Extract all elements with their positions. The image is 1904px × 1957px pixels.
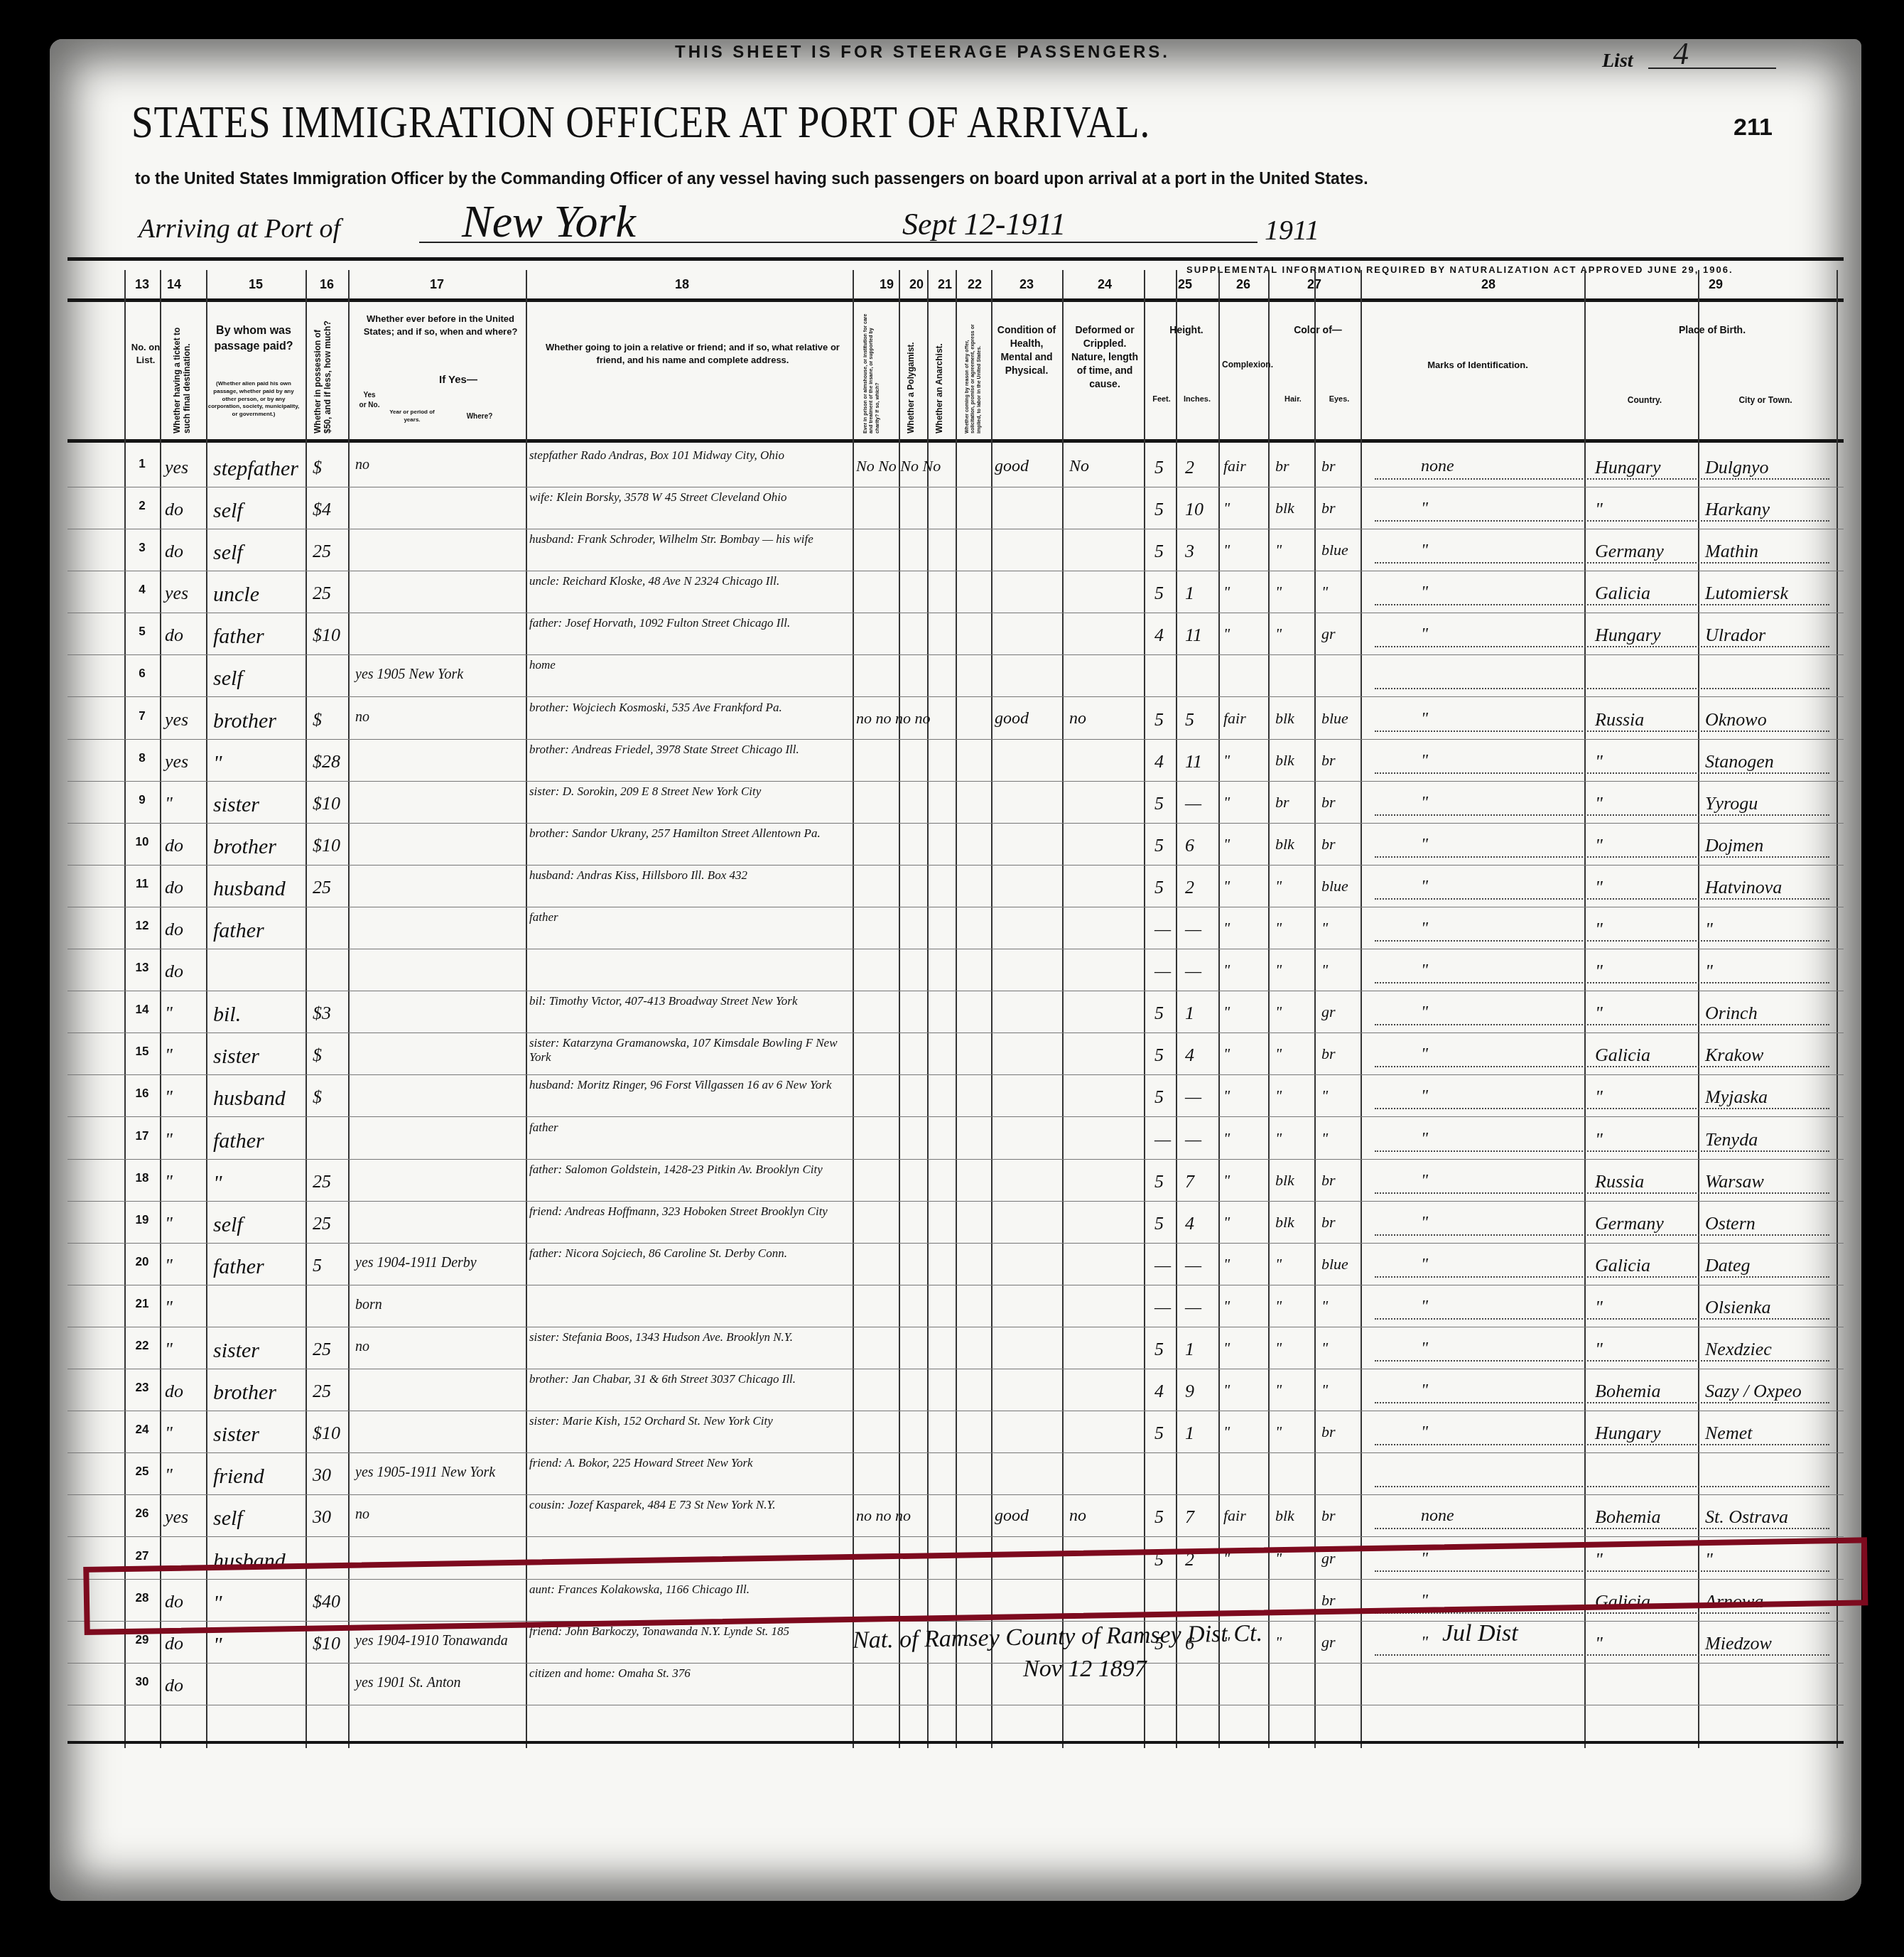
cell-health: good bbox=[995, 709, 1029, 728]
cell-inches: 7 bbox=[1185, 1506, 1194, 1528]
cell-hair: " bbox=[1275, 625, 1282, 643]
cell-marks: " bbox=[1421, 1087, 1428, 1106]
column-divider bbox=[206, 270, 207, 1748]
cell-paid: stepfather bbox=[213, 457, 298, 481]
page-subtitle: to the United States Immigration Officer… bbox=[135, 169, 1368, 188]
dotted-guide bbox=[1375, 1402, 1829, 1403]
cell-feet: 5 bbox=[1154, 709, 1164, 730]
cell-money: 25 bbox=[313, 541, 331, 562]
column-divider bbox=[348, 270, 350, 1748]
header-feet: Feet. bbox=[1147, 394, 1176, 405]
header-fifty-dollars: Whether in possession of $50, and if les… bbox=[313, 313, 333, 433]
cell-country: " bbox=[1595, 1297, 1603, 1318]
cell-country: Bohemia bbox=[1595, 1506, 1660, 1528]
cell-paid: self bbox=[213, 541, 243, 565]
cell-inches: 1 bbox=[1185, 1339, 1194, 1360]
cell-inches: — bbox=[1185, 1297, 1201, 1318]
cell-country: " bbox=[1595, 877, 1603, 898]
cell-complexion: " bbox=[1223, 835, 1230, 853]
cell-money: $ bbox=[313, 709, 322, 730]
list-number: 4 bbox=[1673, 36, 1689, 72]
cell-inches: 3 bbox=[1185, 541, 1194, 562]
cell-paid: father bbox=[213, 625, 264, 649]
cell-money: $10 bbox=[313, 793, 340, 814]
cell-marks: " bbox=[1421, 1045, 1428, 1064]
cell-city: " bbox=[1705, 919, 1713, 940]
row-number: 18 bbox=[136, 1171, 149, 1185]
column-number: 15 bbox=[249, 277, 263, 292]
arrival-date: Sept 12-1911 bbox=[902, 206, 1066, 242]
row-rule bbox=[67, 1494, 1844, 1495]
dotted-guide bbox=[1375, 1486, 1829, 1487]
column-divider bbox=[1698, 270, 1699, 1748]
row-rule bbox=[67, 1452, 1844, 1453]
cell-city: St. Ostrava bbox=[1705, 1506, 1788, 1528]
column-number: 29 bbox=[1709, 277, 1723, 292]
cell-hair: blk bbox=[1275, 1213, 1294, 1231]
row-rule bbox=[67, 1243, 1844, 1244]
header-ticket: Whether having a ticket to such final de… bbox=[172, 313, 193, 433]
cell-city: Ostern bbox=[1705, 1213, 1756, 1234]
cell-marks: " bbox=[1421, 1171, 1428, 1190]
cell-money: 25 bbox=[313, 1171, 331, 1192]
cell-city: Krakow bbox=[1705, 1045, 1763, 1066]
list-label: List bbox=[1602, 50, 1633, 72]
cell-complexion: " bbox=[1223, 1381, 1230, 1399]
cell-hair: " bbox=[1275, 961, 1282, 979]
header-yes-or-no: Yes or No. bbox=[359, 391, 380, 410]
cell-city: Ulrador bbox=[1705, 625, 1765, 646]
cell-ticket: do bbox=[165, 625, 183, 646]
header-if-yes: If Yes— bbox=[398, 373, 519, 387]
cell-before: yes 1905-1911 New York bbox=[355, 1465, 495, 1481]
cell-country: Galicia bbox=[1595, 1045, 1650, 1066]
row-number: 9 bbox=[139, 793, 145, 807]
cell-relative: bil: Timothy Victor, 407-413 Broadway St… bbox=[529, 994, 845, 1008]
cell-money: $10 bbox=[313, 1423, 340, 1444]
header-country: Country. bbox=[1591, 394, 1698, 406]
dotted-guide bbox=[1375, 1444, 1829, 1445]
cell-relative: sister: Katarzyna Gramanowska, 107 Kimsd… bbox=[529, 1036, 845, 1065]
row-rule bbox=[67, 1411, 1844, 1411]
header-health: Condition of Health, Mental and Physical… bbox=[995, 323, 1059, 377]
cell-eyes: br bbox=[1321, 1171, 1336, 1190]
cell-hair: " bbox=[1275, 583, 1282, 601]
cell-paid: self bbox=[213, 667, 243, 691]
cell-relative: sister: Marie Kish, 152 Orchard St. New … bbox=[529, 1414, 845, 1428]
cell-hair: " bbox=[1275, 1045, 1282, 1063]
cell-country: " bbox=[1595, 1003, 1603, 1024]
cell-eyes: br bbox=[1321, 1423, 1336, 1441]
row-number: 23 bbox=[136, 1381, 149, 1395]
cell-inches: — bbox=[1185, 793, 1201, 814]
cell-ticket: do bbox=[165, 1675, 183, 1696]
cell-feet: 5 bbox=[1154, 1171, 1164, 1192]
cell-hair: blk bbox=[1275, 835, 1294, 853]
cell-complexion: " bbox=[1223, 1045, 1230, 1063]
cell-c19_22: no no no no bbox=[856, 709, 931, 728]
steerage-banner: THIS SHEET IS FOR STEERAGE PASSENGERS. bbox=[675, 43, 1170, 63]
cell-inches: 1 bbox=[1185, 583, 1194, 604]
cell-inches: — bbox=[1185, 1129, 1201, 1150]
row-number: 11 bbox=[136, 877, 148, 891]
cell-country: " bbox=[1595, 751, 1603, 772]
row-rule bbox=[67, 529, 1844, 529]
cell-eyes: gr bbox=[1321, 1633, 1336, 1651]
cell-inches: 10 bbox=[1185, 499, 1203, 520]
list-underline bbox=[1648, 68, 1776, 69]
dotted-guide bbox=[1375, 1150, 1829, 1152]
cell-relative: friend: Andreas Hoffmann, 323 Hoboken St… bbox=[529, 1204, 845, 1219]
cell-eyes: blue bbox=[1321, 541, 1348, 559]
form-number: 211 bbox=[1733, 114, 1773, 141]
naturalization-tail: Jul Dist bbox=[1442, 1620, 1518, 1647]
dotted-guide bbox=[1375, 520, 1829, 522]
dotted-guide bbox=[1375, 604, 1829, 605]
printed-year: 1911 bbox=[1265, 213, 1319, 247]
cell-ticket: do bbox=[165, 1633, 183, 1654]
cell-money: 5 bbox=[313, 1255, 322, 1276]
header-complexion: Complexion. bbox=[1222, 359, 1265, 370]
dotted-guide bbox=[1375, 982, 1829, 983]
cell-relative: uncle: Reichard Kloske, 48 Ave N 2324 Ch… bbox=[529, 574, 845, 588]
column-number: 24 bbox=[1098, 277, 1112, 292]
cell-marks: " bbox=[1421, 835, 1428, 854]
cell-complexion: " bbox=[1223, 793, 1230, 812]
row-number: 15 bbox=[136, 1045, 149, 1059]
cell-complexion: " bbox=[1223, 877, 1230, 895]
cell-relative: brother: Andreas Friedel, 3978 State Str… bbox=[529, 743, 845, 757]
cell-money: $ bbox=[313, 1087, 322, 1108]
cell-relative: home bbox=[529, 658, 845, 672]
cell-marks: " bbox=[1421, 1003, 1428, 1022]
cell-relative: father: Josef Horvath, 1092 Fulton Stree… bbox=[529, 616, 845, 630]
row-number: 4 bbox=[139, 583, 145, 597]
cell-c19_22: No No No No bbox=[856, 457, 941, 475]
row-number: 20 bbox=[136, 1255, 149, 1269]
cell-eyes: blue bbox=[1321, 877, 1348, 895]
column-divider bbox=[1584, 270, 1586, 1748]
cell-marks: none bbox=[1421, 457, 1454, 476]
dotted-guide bbox=[1375, 1528, 1829, 1529]
header-passage-paid: By whom was passage paid? bbox=[207, 323, 300, 354]
dotted-guide bbox=[1375, 1234, 1829, 1236]
cell-marks: " bbox=[1421, 1633, 1428, 1652]
column-divider bbox=[124, 270, 126, 1748]
cell-health: good bbox=[995, 457, 1029, 476]
cell-relative: husband: Frank Schroder, Wilhelm Str. Bo… bbox=[529, 532, 845, 546]
cell-hair: blk bbox=[1275, 1506, 1294, 1525]
cell-inches: 1 bbox=[1185, 1423, 1194, 1444]
cell-complexion: " bbox=[1223, 625, 1230, 643]
cell-ticket: yes bbox=[165, 457, 188, 478]
cell-feet: — bbox=[1154, 1297, 1171, 1318]
cell-city: Lutomiersk bbox=[1705, 583, 1788, 604]
cell-country: Russia bbox=[1595, 709, 1644, 730]
cell-relative: husband: Moritz Ringer, 96 Forst Villgas… bbox=[529, 1078, 845, 1092]
cell-complexion: fair bbox=[1223, 1506, 1246, 1525]
header-prison: Ever in prison or almshouse, or institut… bbox=[863, 313, 881, 433]
dotted-guide bbox=[1375, 1360, 1829, 1362]
row-rule bbox=[67, 1159, 1844, 1160]
dotted-guide bbox=[1375, 688, 1829, 689]
cell-money: $10 bbox=[313, 625, 340, 646]
cell-hair: blk bbox=[1275, 1171, 1294, 1190]
row-number: 7 bbox=[139, 709, 145, 723]
cell-eyes: " bbox=[1321, 1339, 1328, 1357]
cell-marks: " bbox=[1421, 1297, 1428, 1316]
cell-complexion: " bbox=[1223, 1003, 1230, 1021]
cell-relative: cousin: Jozef Kasparek, 484 E 73 St New … bbox=[529, 1498, 845, 1512]
cell-ticket: " bbox=[165, 1465, 173, 1486]
cell-relative: sister: Stefania Boos, 1343 Hudson Ave. … bbox=[529, 1330, 845, 1344]
cell-feet: 5 bbox=[1154, 583, 1164, 604]
cell-country: " bbox=[1595, 499, 1603, 520]
cell-country: " bbox=[1595, 1087, 1603, 1108]
cell-complexion: " bbox=[1223, 1213, 1230, 1231]
cell-feet: 5 bbox=[1154, 1003, 1164, 1024]
column-divider bbox=[991, 270, 992, 1748]
cell-country: Bohemia bbox=[1595, 1381, 1660, 1402]
cell-ticket: do bbox=[165, 835, 183, 856]
cell-inches: 2 bbox=[1185, 877, 1194, 898]
cell-eyes: gr bbox=[1321, 625, 1336, 643]
cell-money: $4 bbox=[313, 499, 331, 520]
cell-marks: " bbox=[1421, 541, 1428, 560]
cell-complexion: " bbox=[1223, 1297, 1230, 1315]
cell-country: Hungary bbox=[1595, 457, 1660, 478]
row-number: 22 bbox=[136, 1339, 149, 1353]
cell-hair: blk bbox=[1275, 751, 1294, 770]
column-number: 16 bbox=[320, 277, 334, 292]
cell-eyes: br bbox=[1321, 1045, 1336, 1063]
cell-country: Galicia bbox=[1595, 1255, 1650, 1276]
row-rule bbox=[67, 487, 1844, 487]
row-rule bbox=[67, 1663, 1844, 1664]
cell-before: no bbox=[355, 709, 369, 726]
row-rule bbox=[67, 1033, 1844, 1033]
cell-hair: " bbox=[1275, 1423, 1282, 1441]
cell-eyes: " bbox=[1321, 1297, 1328, 1315]
cell-hair: " bbox=[1275, 1381, 1282, 1399]
cell-relative: friend: A. Bokor, 225 Howard Street New … bbox=[529, 1456, 845, 1470]
cell-paid: brother bbox=[213, 835, 276, 859]
cell-country: Germany bbox=[1595, 541, 1664, 562]
row-rule bbox=[67, 571, 1844, 571]
row-number: 21 bbox=[136, 1297, 149, 1311]
cell-before: yes 1904-1911 Derby bbox=[355, 1255, 477, 1271]
row-number: 29 bbox=[136, 1633, 149, 1647]
row-number: 5 bbox=[139, 625, 145, 639]
cell-eyes: " bbox=[1321, 961, 1328, 979]
header-hair: Hair. bbox=[1272, 394, 1314, 405]
cell-city: Nexdziec bbox=[1705, 1339, 1772, 1360]
cell-city: " bbox=[1705, 961, 1713, 982]
cell-feet: 4 bbox=[1154, 751, 1164, 772]
column-divider bbox=[956, 270, 957, 1748]
row-number: 2 bbox=[139, 499, 145, 513]
cell-ticket: " bbox=[165, 1297, 173, 1318]
column-divider bbox=[899, 270, 900, 1748]
cell-marks: " bbox=[1421, 583, 1428, 602]
column-number: 26 bbox=[1236, 277, 1250, 292]
cell-inches: 4 bbox=[1185, 1045, 1194, 1066]
cell-complexion: " bbox=[1223, 919, 1230, 937]
cell-feet: 5 bbox=[1154, 1506, 1164, 1528]
cell-paid: uncle bbox=[213, 583, 259, 607]
cell-ticket: do bbox=[165, 919, 183, 940]
cell-inches: 9 bbox=[1185, 1381, 1194, 1402]
column-number: 28 bbox=[1481, 277, 1495, 292]
cell-eyes: br bbox=[1321, 457, 1336, 475]
cell-inches: — bbox=[1185, 919, 1201, 940]
row-rule bbox=[67, 1705, 1844, 1705]
row-rule bbox=[67, 613, 1844, 613]
cell-before: yes 1904-1910 Tonawanda bbox=[355, 1633, 508, 1649]
cell-before: yes 1905 New York bbox=[355, 667, 463, 683]
row-number: 1 bbox=[139, 457, 145, 471]
cell-city: Miedzow bbox=[1705, 1633, 1772, 1654]
cell-hair: blk bbox=[1275, 709, 1294, 728]
cell-inches: 5 bbox=[1185, 709, 1194, 730]
cell-country: Hungary bbox=[1595, 1423, 1660, 1444]
column-divider bbox=[853, 270, 854, 1748]
cell-eyes: " bbox=[1321, 919, 1328, 937]
cell-paid: brother bbox=[213, 709, 276, 733]
cell-eyes: br bbox=[1321, 1213, 1336, 1231]
cell-relative: father: Salomon Goldstein, 1428-23 Pitki… bbox=[529, 1163, 845, 1177]
cell-inches: 7 bbox=[1185, 1171, 1194, 1192]
dotted-guide bbox=[1375, 730, 1829, 732]
cell-feet: 5 bbox=[1154, 835, 1164, 856]
cell-country: " bbox=[1595, 1129, 1603, 1150]
dotted-guide bbox=[1375, 898, 1829, 900]
cell-hair: br bbox=[1275, 793, 1289, 812]
cell-ticket: do bbox=[165, 1381, 183, 1402]
cell-inches: 11 bbox=[1185, 751, 1202, 772]
column-divider bbox=[1176, 270, 1177, 1748]
cell-complexion: " bbox=[1223, 1339, 1230, 1357]
cell-marks: " bbox=[1421, 751, 1428, 770]
cell-marks: " bbox=[1421, 1129, 1428, 1148]
column-divider bbox=[927, 270, 929, 1748]
cell-relative: brother: Sandor Ukrany, 257 Hamilton Str… bbox=[529, 826, 845, 841]
dotted-guide bbox=[1375, 814, 1829, 816]
cell-country: Germany bbox=[1595, 1213, 1664, 1234]
cell-deformed: no bbox=[1069, 709, 1086, 728]
dotted-guide bbox=[1375, 1192, 1829, 1194]
row-number: 12 bbox=[136, 919, 149, 933]
dotted-guide bbox=[1375, 1108, 1829, 1109]
row-rule bbox=[67, 865, 1844, 866]
row-rule bbox=[67, 907, 1844, 907]
cell-hair: " bbox=[1275, 1003, 1282, 1021]
row-number: 19 bbox=[136, 1213, 149, 1227]
header-deformed: Deformed or Crippled. Nature, length of … bbox=[1066, 323, 1144, 390]
row-number: 17 bbox=[136, 1129, 149, 1143]
column-divider bbox=[160, 270, 161, 1748]
cell-paid: sister bbox=[213, 1045, 259, 1069]
cell-marks: " bbox=[1421, 877, 1428, 896]
cell-feet: 5 bbox=[1154, 541, 1164, 562]
header-polygamist: Whether a Polygamist. bbox=[906, 313, 916, 433]
cell-complexion: " bbox=[1223, 961, 1230, 979]
column-number: 25 bbox=[1178, 277, 1192, 292]
column-divider bbox=[1268, 270, 1270, 1748]
cell-eyes: " bbox=[1321, 1087, 1328, 1105]
row-rule bbox=[67, 781, 1844, 782]
cell-marks: " bbox=[1421, 793, 1428, 812]
cell-feet: 5 bbox=[1154, 1423, 1164, 1444]
cell-ticket: do bbox=[165, 877, 183, 898]
column-divider bbox=[1314, 270, 1316, 1748]
cell-eyes: blue bbox=[1321, 709, 1348, 728]
row-number: 30 bbox=[136, 1675, 149, 1689]
cell-marks: " bbox=[1421, 625, 1428, 644]
cell-relative: brother: Jan Chabar, 31 & 6th Street 303… bbox=[529, 1372, 845, 1386]
cell-feet: — bbox=[1154, 1255, 1171, 1276]
cell-marks: " bbox=[1421, 1213, 1428, 1232]
cell-complexion: " bbox=[1223, 541, 1230, 559]
cell-relative: father bbox=[529, 1121, 845, 1135]
cell-eyes: br bbox=[1321, 499, 1336, 517]
cell-relative: stepfather Rado Andras, Box 101 Midway C… bbox=[529, 448, 845, 463]
cell-marks: " bbox=[1421, 1255, 1428, 1274]
column-number: 20 bbox=[909, 277, 924, 292]
row-number: 14 bbox=[136, 1003, 149, 1017]
cell-ticket: yes bbox=[165, 751, 188, 772]
row-rule bbox=[67, 1369, 1844, 1369]
cell-paid: father bbox=[213, 919, 264, 943]
cell-ticket: " bbox=[165, 1423, 173, 1444]
cell-ticket: " bbox=[165, 1339, 173, 1360]
row-rule bbox=[67, 949, 1844, 949]
cell-city: Stanogen bbox=[1705, 751, 1774, 772]
cell-inches: 4 bbox=[1185, 1213, 1194, 1234]
cell-ticket: " bbox=[165, 1171, 173, 1192]
cell-paid: " bbox=[213, 1171, 222, 1195]
cell-eyes: br bbox=[1321, 1506, 1336, 1525]
cell-feet: 5 bbox=[1154, 877, 1164, 898]
cell-ticket: yes bbox=[165, 1506, 188, 1528]
cell-hair: " bbox=[1275, 1129, 1282, 1148]
cell-complexion: " bbox=[1223, 583, 1230, 601]
cell-marks: " bbox=[1421, 1381, 1428, 1400]
cell-complexion: " bbox=[1223, 1423, 1230, 1441]
cell-relative: father: Nicora Sojciech, 86 Caroline St.… bbox=[529, 1246, 845, 1261]
cell-country: Russia bbox=[1595, 1171, 1644, 1192]
cell-paid: " bbox=[213, 1633, 222, 1657]
cell-complexion: " bbox=[1223, 499, 1230, 517]
cell-complexion: fair bbox=[1223, 457, 1246, 475]
cell-hair: " bbox=[1275, 1633, 1282, 1651]
row-number: 6 bbox=[139, 667, 145, 681]
cell-feet: — bbox=[1154, 1129, 1171, 1150]
column-divider bbox=[1144, 270, 1145, 1748]
row-rule bbox=[67, 1285, 1844, 1285]
row-rule bbox=[67, 1536, 1844, 1537]
cell-feet: 5 bbox=[1154, 499, 1164, 520]
cell-ticket: " bbox=[165, 1129, 173, 1150]
cell-marks: none bbox=[1421, 1506, 1454, 1526]
column-divider bbox=[1218, 270, 1220, 1748]
cell-city: Yyrogu bbox=[1705, 793, 1758, 814]
cell-hair: " bbox=[1275, 1087, 1282, 1105]
dotted-guide bbox=[1375, 1654, 1829, 1656]
cell-city: Dateg bbox=[1705, 1255, 1751, 1276]
cell-before: no bbox=[355, 1339, 369, 1355]
arriving-label: Arriving at Port of bbox=[139, 213, 340, 244]
